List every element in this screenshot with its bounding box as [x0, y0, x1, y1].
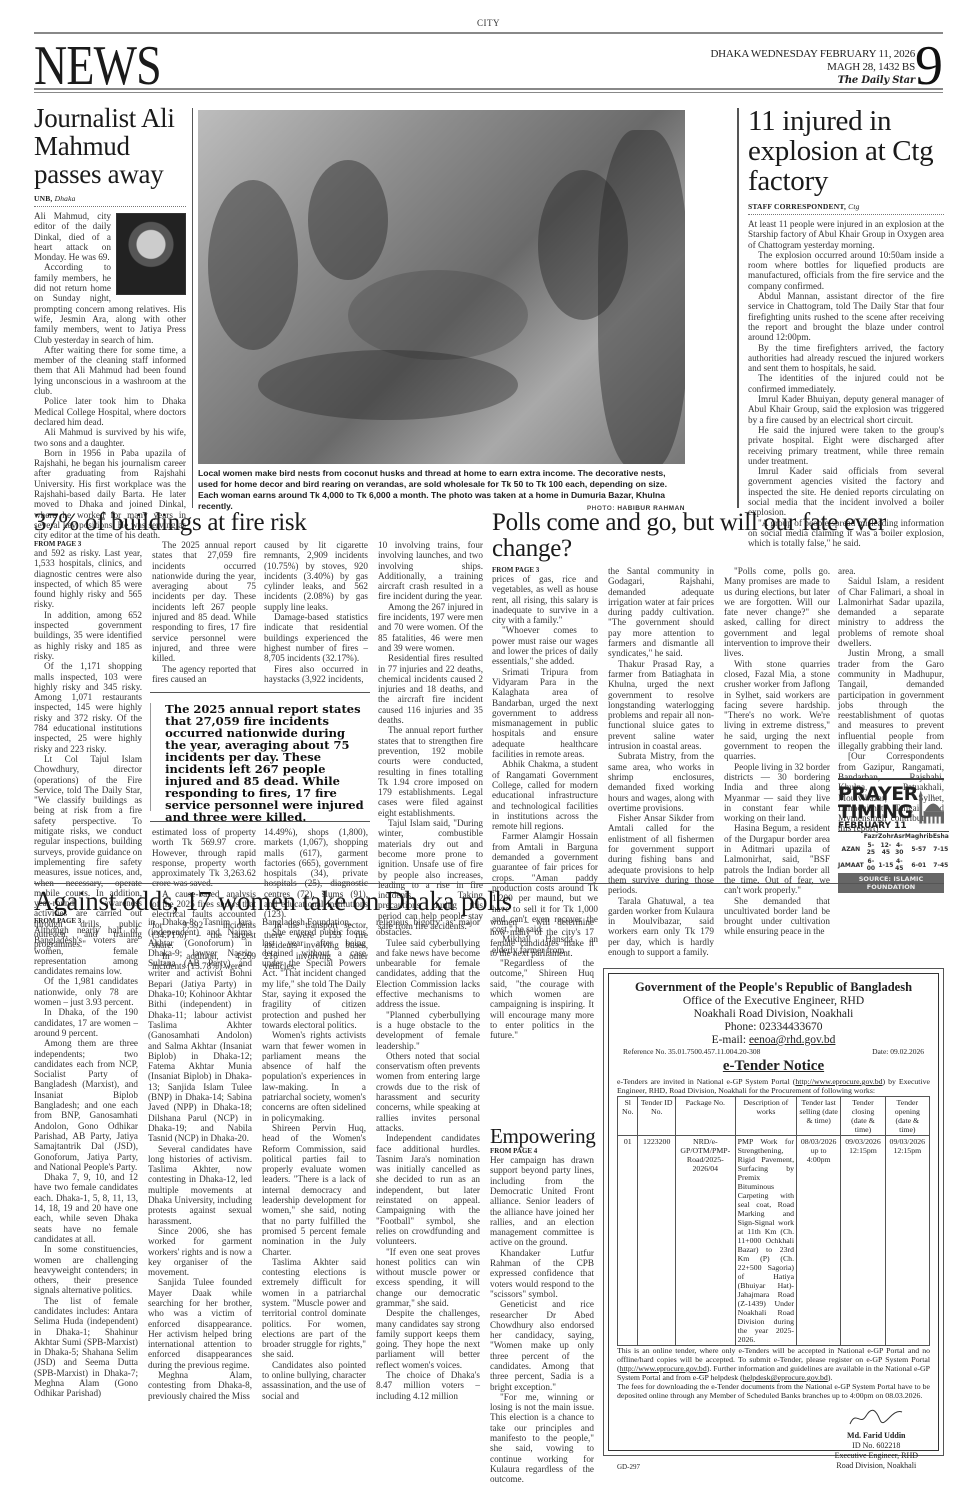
prayer-date: FEBRUARY 11	[838, 821, 918, 831]
prayer-table: FazrZohrAsrMaghribEsha AZAN5-2512-454-30…	[838, 831, 949, 873]
story-obituary: Journalist Ali Mahmud passes away UNB, D…	[34, 104, 186, 541]
eprocure-link[interactable]: http://www.eprocure.gov.bd	[620, 1364, 707, 1373]
pull-quote: The 2025 annual report states that 27,05…	[150, 692, 370, 822]
mosque-icon	[918, 783, 944, 831]
story-body: At least 11 people were injured in an ex…	[748, 219, 944, 549]
ad-title: e-Tender Notice	[617, 1058, 930, 1075]
fire-col-3-top: caused by lit cigarette remnants, 2,909 …	[264, 540, 368, 684]
from-page: FROM PAGE 4	[490, 1147, 594, 1155]
story-women-candidates: Against odds, 17 women take on Dhaka pol…	[34, 887, 594, 915]
women-col-5: women – will determine how many of the c…	[490, 917, 594, 1041]
tender-advertisement: Government of the People's Republic of B…	[603, 968, 944, 1456]
page-number: 9	[915, 38, 943, 94]
section-divider	[34, 883, 944, 884]
fire-col-4: 10 involving trains, four involving laun…	[378, 540, 483, 931]
women-col-2: in Dhaka-8; Tasnim Jara (independent) an…	[148, 917, 252, 1401]
headline[interactable]: Journalist Ali Mahmud passes away	[34, 104, 186, 188]
byline: STAFF CORRESPONDENT, Ctg	[748, 202, 944, 215]
story-explosion: 11 injured in explosion at Ctg factory S…	[748, 106, 944, 549]
ad-gov-title: Government of the People's Republic of B…	[617, 980, 930, 995]
dateline: DHAKA WEDNESDAY FEBRUARY 11, 2026 MAGH 2…	[710, 48, 915, 87]
signature-block: Md. Farid Uddin ID No. 602218 Executive …	[835, 1406, 918, 1471]
gd-code: GD-297	[617, 1463, 640, 1471]
from-page: FROM PAGE 3	[34, 540, 142, 548]
polls-col-2: the Santal community in Godagari, Rajsha…	[608, 566, 714, 957]
email-link[interactable]: eenoa@rhd.gov.bd	[749, 1034, 836, 1046]
headline[interactable]: 37% of buildings at fire risk	[34, 510, 474, 536]
headline[interactable]: Polls come and go, but will our fate eve…	[492, 510, 944, 562]
prayer-timing-box: PRAYER TIMING FEBRUARY 11 FazrZohrAsrMag…	[838, 778, 944, 893]
women-col-4: religious bigotry as major obstacles. Tu…	[376, 917, 480, 1401]
date-text: DHAKA WEDNESDAY FEBRUARY 11, 2026	[710, 48, 915, 61]
tender-table: Sl No. Tender ID No. Package No. Descrip…	[617, 1096, 930, 1346]
column-divider	[737, 108, 739, 508]
from-page: FROM PAGE 3	[34, 917, 138, 925]
ad-email: E-mail: eenoa@rhd.gov.bd	[617, 1034, 930, 1047]
bangla-date: MAGH 28, 1432 BS	[710, 61, 915, 74]
story-body: Ali Mahmud, city editor of the daily Din…	[34, 211, 186, 541]
headline[interactable]: Empowering	[490, 1125, 594, 1147]
from-page: FROM PAGE 3	[492, 566, 598, 574]
header-bottom-rule	[34, 88, 943, 90]
women-col-1: FROM PAGE 3 Although nearly half of Bang…	[34, 917, 138, 1399]
header-bottom-rule-2	[34, 92, 943, 93]
pull-quote-bar	[150, 703, 151, 811]
headline[interactable]: 11 injured in explosion at Ctg factory	[748, 106, 944, 196]
story-empowering: Empowering FROM PAGE 4 Her campaign has …	[490, 1125, 594, 1485]
story-polls: Polls come and go, but will our fate eve…	[492, 510, 944, 562]
column-divider	[192, 108, 193, 508]
section-label: CITY	[0, 18, 977, 28]
women-col-3: Bangladesh Foundation. She entered publi…	[262, 917, 366, 1401]
header-top-rule	[34, 32, 943, 34]
photo-caption: Local women make bird nests from coconut…	[198, 468, 685, 514]
page-title: NEWS	[34, 38, 161, 94]
helpdesk-email-link[interactable]: helpdesk@eprocure.gov.bd	[743, 1373, 828, 1382]
polls-col-3: "Polls come, polls go. Many promises are…	[724, 566, 830, 937]
eprocure-link[interactable]: http://www.eprocure.gov.bd	[795, 1077, 882, 1086]
ad-reference: Reference No. 35.01.7500.457.11.004.20-3…	[617, 1047, 930, 1056]
story-fire-risk: 37% of buildings at fire risk	[34, 510, 474, 536]
feature-photo	[198, 110, 685, 464]
byline: UNB, Dhaka	[34, 194, 186, 207]
headline[interactable]: Against odds, 17 women take on Dhaka pol…	[34, 887, 594, 915]
table-row: 01 1223200 NRD/e-GP/OTM/PMP-Road/2025-20…	[618, 1136, 930, 1346]
portrait-photo	[116, 213, 186, 295]
fire-col-2-top: The 2025 annual report states that 27,05…	[152, 540, 256, 684]
brand-logo: The Daily Star	[710, 74, 915, 87]
signature-icon	[846, 1406, 906, 1428]
